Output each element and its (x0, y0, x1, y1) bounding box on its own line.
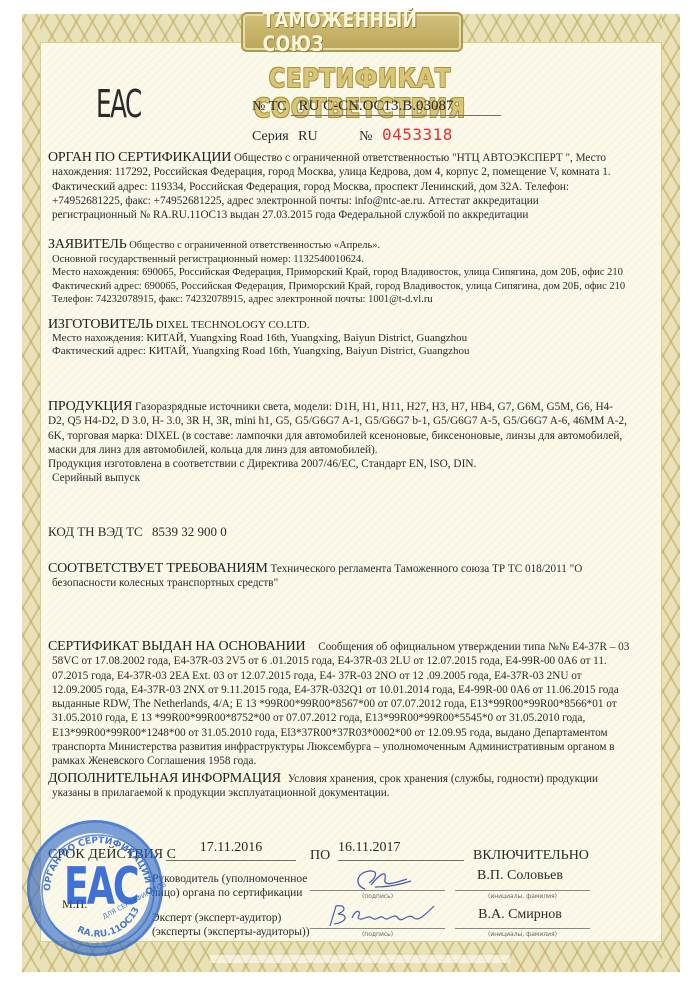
validity-inclusive-label: ВКЛЮЧИТЕЛЬНО (473, 848, 589, 864)
basis-line: выданные RDW, The Netherlands, 4/A; E 13… (48, 697, 644, 711)
validity-from-date: 17.11.2016 (166, 840, 296, 861)
applicant-line: Общество с ограниченной ответственностью… (129, 240, 380, 251)
seal-place-label: М.П. (62, 897, 87, 912)
applicant-line: Место нахождения: 690065, Российская Фед… (48, 266, 644, 280)
hs-code-section: КОД ТН ВЭД ТС 8539 32 900 0 (48, 525, 644, 539)
expert-name-line (455, 928, 590, 929)
basis-line: Сообщения об официальном утверждении тип… (318, 641, 629, 653)
expert-label-line: (эксперты (эксперты-аудиторы)) (152, 926, 310, 940)
tc-number-value: RU C-CN.OC13.B.03087 (291, 98, 501, 116)
compliance-line: Технического регламента Таможенного союз… (270, 563, 582, 575)
series-value: RU (298, 129, 317, 144)
applicant-section: ЗАЯВИТЕЛЬ Общество с ограниченной ответс… (48, 238, 644, 307)
compliance-heading: СООТВЕТСТВУЕТ ТРЕБОВАНИЯМ (48, 561, 268, 576)
additional-info-section: ДОПОЛНИТЕЛЬНАЯ ИНФОРМАЦИЯ Условия хранен… (48, 772, 644, 801)
validity-label: СРОК ДЕЙСТВИЯ С (48, 847, 176, 863)
certification-body-heading: ОРГАН ПО СЕРТИФИКАЦИИ (48, 150, 231, 165)
certification-body-line: Общество с ограниченной ответственностью… (234, 152, 606, 164)
product-line: D2, Q5 H4-D2, D 3.0, H- 3.0, 3R H, 3R, m… (48, 414, 644, 428)
customs-union-plate: ТАМОЖЕННЫЙ СОЮЗ (241, 12, 463, 52)
compliance-section: СООТВЕТСТВУЕТ ТРЕБОВАНИЯМ Технического р… (48, 562, 644, 591)
eac-logo: EAC (96, 82, 141, 126)
head-signature (345, 865, 415, 895)
manufacturer-line: Место нахождения: КИТАЙ, Yuangxing Road … (48, 332, 644, 345)
additional-info-heading: ДОПОЛНИТЕЛЬНАЯ ИНФОРМАЦИЯ (48, 771, 281, 786)
expert-name-caption: (инициалы, фамилия) (455, 931, 590, 938)
head-label-line: Руководитель (уполномоченное (152, 873, 307, 887)
product-line: 6K, торговая марка: DIXEL (в составе: ла… (48, 429, 644, 443)
applicant-heading: ЗАЯВИТЕЛЬ (48, 237, 127, 252)
validity-to-date: 16.11.2017 (338, 840, 464, 861)
certification-body-line: Фактический адрес: 119334, Российская Фе… (48, 180, 644, 194)
additional-info-line: Условия хранения, срок хранения (службы,… (288, 773, 598, 785)
expert-signature (322, 900, 442, 930)
validity-to-label: ПО (310, 848, 330, 864)
certification-body-line: регистрационный № RA.RU.11OC13 выдан 27.… (48, 208, 644, 222)
blank-number-value: 0453318 (382, 125, 453, 144)
basis-line: транспорта Министерства развития инфраст… (48, 740, 644, 754)
basis-line: 12.09.2005 года, E4-37R-03 2NX от 9.11.2… (48, 683, 644, 697)
expert-name: В.А. Смирнов (450, 907, 590, 923)
compliance-line: безопасности колесных транспортных средс… (48, 576, 644, 590)
product-line: Серийный выпуск (48, 471, 644, 485)
basis-line: 31.05.2010 года, E 13 *99R00*99R00*8752*… (48, 711, 644, 725)
certification-body-section: ОРГАН ПО СЕРТИФИКАЦИИ Общество с огранич… (48, 151, 644, 222)
head-name: В.П. Соловьев (450, 868, 590, 884)
applicant-line: Телефон: 74232078915, факс: 74232078915,… (48, 293, 644, 307)
product-heading: ПРОДУКЦИЯ (48, 399, 132, 414)
certification-body-line: +74952681225, факс: +74952681225, адрес … (48, 194, 644, 208)
certification-body-line: нахождения: 117292, Российская Федерация… (48, 165, 644, 179)
product-line: Продукция изготовлена в соответствии с Д… (48, 457, 644, 471)
expert-label-line: Эксперт (эксперт-аудитор) (152, 912, 310, 926)
additional-info-line: указаны в прилагаемой к продукции эксплу… (48, 786, 644, 800)
hs-code-value: 8539 32 900 0 (152, 524, 227, 539)
product-line: Газоразрядные источники света, модели: D… (135, 401, 613, 413)
ornamental-border-left (22, 14, 40, 972)
customs-union-title: ТАМОЖЕННЫЙ СОЮЗ (263, 8, 442, 56)
series-row: Серия RU № 0453318 (252, 125, 453, 145)
basis-line: E13*99R00*99R00*1248*00 от 31.05.2010 го… (48, 726, 644, 740)
hs-code-label: КОД ТН ВЭД ТС (48, 524, 143, 539)
head-label-line: лицо) органа по сертификации (152, 887, 307, 901)
expert-signature-caption: (подпись) (310, 931, 445, 938)
applicant-line: Фактический адрес: 690065, Российская Фе… (48, 280, 644, 294)
expert-label: Эксперт (эксперт-аудитор) (эксперты (экс… (152, 912, 310, 939)
validity-row: СРОК ДЕЙСТВИЯ С 17.11.2016 ПО 16.11.2017… (48, 840, 648, 864)
manufacturer-line: DIXEL TECHNOLOGY CO.LTD. (156, 319, 310, 331)
manufacturer-section: ИЗГОТОВИТЕЛЬ DIXEL TECHNOLOGY CO.LTD. Ме… (48, 318, 644, 358)
basis-line: 58VC от 17.08.2002 года, E4-37R-03 2V5 о… (48, 654, 644, 668)
ornamental-border-right (662, 14, 680, 972)
head-name-caption: (инициалы, фамилия) (455, 893, 590, 900)
basis-line: рамках Женевского Соглашения 1958 года. (48, 754, 644, 768)
applicant-line: Основной государственный регистрационный… (48, 253, 644, 267)
manufacturer-heading: ИЗГОТОВИТЕЛЬ (48, 317, 153, 332)
basis-heading: СЕРТИФИКАТ ВЫДАН НА ОСНОВАНИИ (48, 639, 305, 654)
head-name-line (455, 890, 590, 891)
product-section: ПРОДУКЦИЯ Газоразрядные источники света,… (48, 400, 644, 486)
manufacturer-line: Фактический адрес: КИТАЙ, Yuangxing Road… (48, 345, 644, 358)
tc-number-row: № ТС RU C-CN.OC13.B.03087 (252, 98, 501, 116)
head-of-body-label: Руководитель (уполномоченное лицо) орган… (152, 873, 307, 900)
series-label: Серия (252, 129, 289, 144)
product-line: маски для линз для автомобилей, кольца д… (48, 443, 644, 457)
basis-section: СЕРТИФИКАТ ВЫДАН НА ОСНОВАНИИ Сообщения … (48, 640, 644, 769)
blank-number-label: № (359, 129, 372, 144)
tc-number-label: № ТС (252, 99, 287, 114)
head-signature-caption: (подпись) (310, 893, 445, 900)
basis-line: 07.2015 года, E4-37R-03 2EA Ext. 03 от 1… (48, 669, 644, 683)
printer-info-strip (210, 955, 510, 963)
